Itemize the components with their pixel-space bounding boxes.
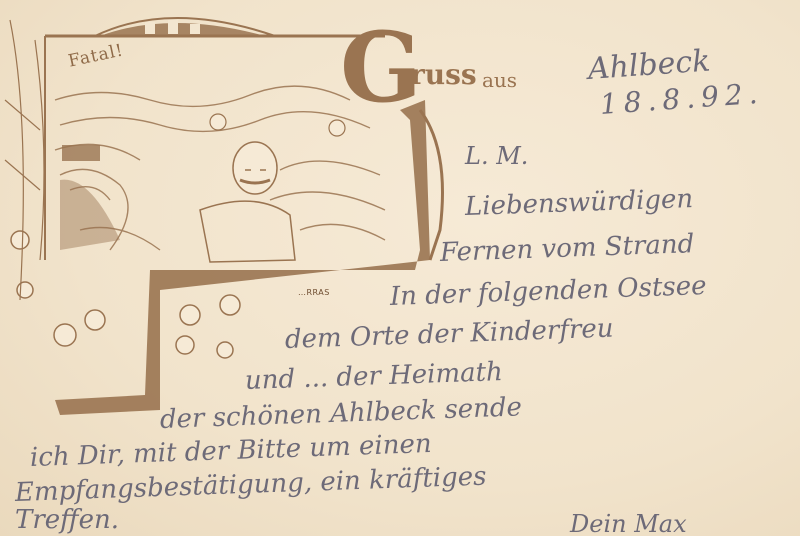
header-rest: russ xyxy=(410,58,477,91)
header-suffix: aus xyxy=(482,68,517,92)
handwritten-line: Treffen. xyxy=(15,505,119,535)
artist-signature: …RRAS xyxy=(298,288,330,297)
postcard: Fatal! G russ aus …RRAS Ahlbeck 18.8.92.… xyxy=(0,0,800,536)
handwritten-signature: Dein Max xyxy=(570,510,687,536)
handwritten-line: L. M. xyxy=(465,142,528,170)
